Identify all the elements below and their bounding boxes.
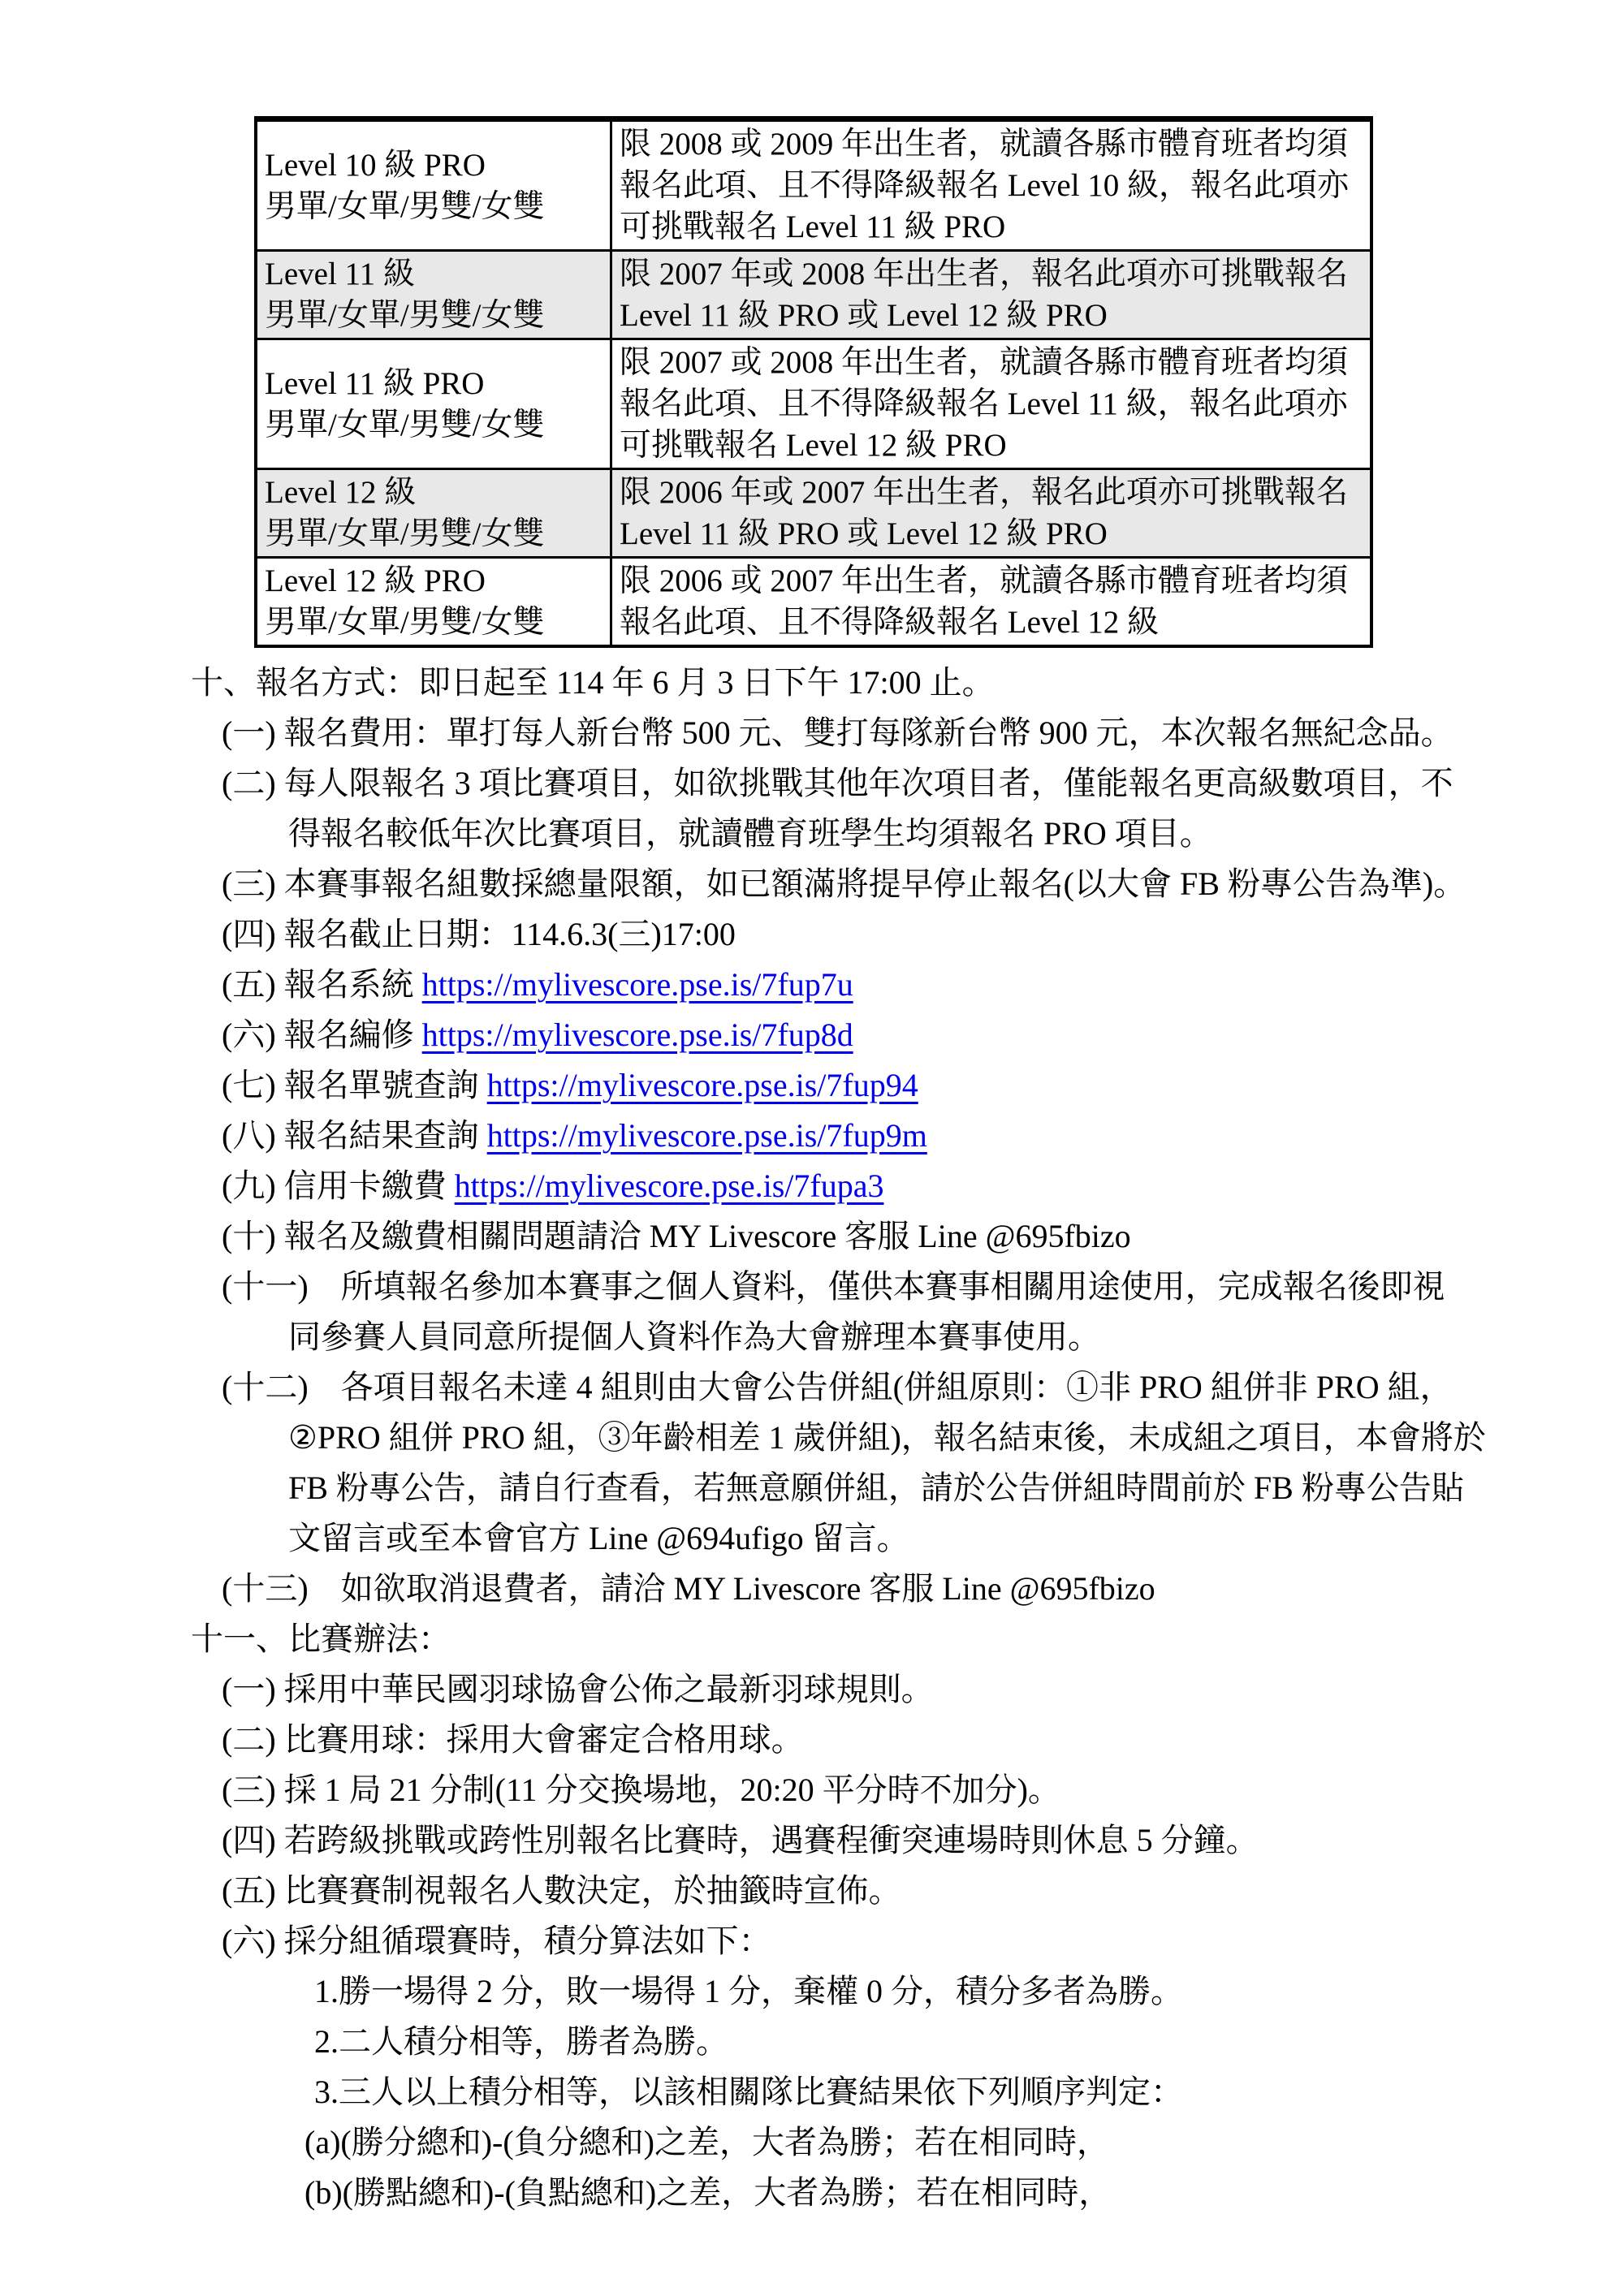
list-line-text: (二) 每人限報名 3 項比賽項目，如欲挑戰其他年次項目者，僅能報名更高級數項目… [222,765,1453,801]
list-line-text: FB 粉專公告，請自行查看，若無意願併組，請於公告併組時間前於 FB 粉專公告貼 [288,1470,1464,1506]
list-line-text: (a)(勝分總和)-(負分總和)之差，大者為勝；若在相同時， [304,2124,1109,2160]
list-line-text: 得報名較低年次比賽項目，就讀體育班學生均須報名 PRO 項目。 [288,815,1212,852]
category-line: Level 10 級 PRO [265,145,605,186]
list-line: (七) 報名單號查詢 https://mylivescore.pse.is/7f… [222,1060,1624,1111]
list-line-text: 3.三人以上積分相等，以該相關隊比賽結果依下列順序判定： [314,2074,1183,2110]
category-cell-wrap: Level 12 級男單/女單/男雙/女雙 [265,472,605,555]
table-row: Level 11 級男單/女單/男雙/女雙限 2007 年或 2008 年出生者… [256,251,1371,339]
list-line: (a)(勝分總和)-(負分總和)之差，大者為勝；若在相同時， [304,2117,1624,2168]
description-line: 可挑戰報名 Level 12 級 PRO [620,425,1365,466]
description-cell: 限 2008 或 2009 年出生者，就讀各縣市體育班者均須報名此項、且不得降級… [611,119,1372,251]
list-line: (二) 每人限報名 3 項比賽項目，如欲挑戰其他年次項目者，僅能報名更高級數項目… [222,758,1624,809]
description-line: 報名此項、且不得降級報名 Level 11 級，報名此項亦 [620,383,1365,425]
list-line-text: (十二) 各項目報名未達 4 組則由大會公告併組(併組原則：①非 PRO 組併非… [222,1369,1453,1405]
list-line-text: (九) 信用卡繳費 [222,1167,455,1204]
list-line-text: (b)(勝點總和)-(負點總和)之差，大者為勝；若在相同時， [304,2174,1111,2211]
list-line-text: ②PRO 組併 PRO 組，③年齡相差 1 歲併組)，報名結束後，未成組之項目，… [288,1419,1486,1456]
category-cell-wrap: Level 10 級 PRO男單/女單/男雙/女雙 [265,145,605,227]
category-line: 男單/女單/男雙/女雙 [265,295,605,336]
list-line: (十) 報名及繳費相關問題請洽 MY Livescore 客服 Line @69… [222,1211,1624,1262]
list-line-text: (十) 報名及繳費相關問題請洽 MY Livescore 客服 Line @69… [222,1218,1131,1254]
category-cell: Level 12 級 PRO男單/女單/男雙/女雙 [256,558,611,647]
document-page: Level 10 級 PRO男單/女單/男雙/女雙限 2008 或 2009 年… [0,0,1624,2296]
list-line: (十二) 各項目報名未達 4 組則由大會公告併組(併組原則：①非 PRO 組併非… [222,1362,1624,1413]
list-line: (四) 報名截止日期：114.6.3(三)17:00 [222,909,1624,960]
list-line-text: (一) 採用中華民國羽球協會公佈之最新羽球規則。 [222,1671,934,1707]
list-line: (十三) 如欲取消退費者，請洽 MY Livescore 客服 Line @69… [222,1564,1624,1614]
list-line-text: (五) 報名系統 [222,966,422,1003]
description-line: 限 2008 或 2009 年出生者，就讀各縣市體育班者均須 [620,123,1365,165]
list-line-text: (四) 報名截止日期：114.6.3(三)17:00 [222,916,736,952]
description-line: 限 2006 或 2007 年出生者，就讀各縣市體育班者均須 [620,560,1365,602]
category-cell-wrap: Level 11 級 PRO男單/女單/男雙/女雙 [265,363,605,446]
category-cell-wrap: Level 11 級男單/女單/男雙/女雙 [265,253,605,336]
registration-link[interactable]: https://mylivescore.pse.is/7fupa3 [455,1167,884,1204]
description-line: 報名此項、且不得降級報名 Level 12 級 [620,602,1365,643]
list-line: (六) 採分組循環賽時，積分算法如下： [222,1916,1624,1966]
description-cell: 限 2006 或 2007 年出生者，就讀各縣市體育班者均須報名此項、且不得降級… [611,558,1372,647]
category-cell: Level 11 級男單/女單/男雙/女雙 [256,251,611,339]
table-row: Level 11 級 PRO男單/女單/男雙/女雙限 2007 或 2008 年… [256,339,1371,469]
list-line-text: (十一) 所填報名參加本賽事之個人資料，僅供本賽事相關用途使用，完成報名後即視 [222,1268,1445,1305]
list-line: (九) 信用卡繳費 https://mylivescore.pse.is/7fu… [222,1161,1624,1211]
table-row: Level 12 級 PRO男單/女單/男雙/女雙限 2006 或 2007 年… [256,558,1371,647]
document-body: 十、報名方式：即日起至 114 年 6 月 3 日下午 17:00 止。(一) … [191,658,1624,2218]
list-line: (三) 本賽事報名組數採總量限額，如已額滿將提早停止報名(以大會 FB 粉專公告… [222,859,1624,909]
list-line: (一) 報名費用：單打每人新台幣 500 元、雙打每隊新台幣 900 元，本次報… [222,708,1624,758]
category-cell-wrap: Level 12 級 PRO男單/女單/男雙/女雙 [265,560,605,643]
description-line: Level 11 級 PRO 或 Level 12 級 PRO [620,513,1365,555]
list-line: (五) 報名系統 https://mylivescore.pse.is/7fup… [222,960,1624,1010]
list-line-text: (三) 採 1 局 21 分制(11 分交換場地，20:20 平分時不加分)。 [222,1772,1060,1808]
description-line: Level 11 級 PRO 或 Level 12 級 PRO [620,295,1365,336]
list-line-text: (六) 報名編修 [222,1016,422,1053]
list-line: ②PRO 組併 PRO 組，③年齡相差 1 歲併組)，報名結束後，未成組之項目，… [288,1413,1624,1463]
description-cell: 限 2006 年或 2007 年出生者，報名此項亦可挑戰報名Level 11 級… [611,469,1372,558]
list-line: (一) 採用中華民國羽球協會公佈之最新羽球規則。 [222,1664,1624,1715]
list-line-text: 2.二人積分相等，勝者為勝。 [314,2023,728,2060]
category-cell: Level 10 級 PRO男單/女單/男雙/女雙 [256,119,611,251]
list-line-text: 文留言或至本會官方 Line @694ufigo 留言。 [288,1520,909,1556]
list-line-text: 1.勝一場得 2 分，敗一場得 1 分，棄權 0 分，積分多者為勝。 [314,1973,1183,2009]
list-line-text: (六) 採分組循環賽時，積分算法如下： [222,1923,771,1959]
list-line: 十、報名方式：即日起至 114 年 6 月 3 日下午 17:00 止。 [191,658,1624,708]
registration-link[interactable]: https://mylivescore.pse.is/7fup94 [487,1067,918,1103]
list-line: (八) 報名結果查詢 https://mylivescore.pse.is/7f… [222,1111,1624,1161]
list-line: 十一、比賽辦法： [191,1614,1624,1664]
list-line: 得報名較低年次比賽項目，就讀體育班學生均須報名 PRO 項目。 [288,809,1624,859]
list-line: FB 粉專公告，請自行查看，若無意願併組，請於公告併組時間前於 FB 粉專公告貼 [288,1463,1624,1513]
list-line-text: (一) 報名費用：單打每人新台幣 500 元、雙打每隊新台幣 900 元，本次報… [222,714,1453,751]
category-cell: Level 11 級 PRO男單/女單/男雙/女雙 [256,339,611,469]
eligibility-table: Level 10 級 PRO男單/女單/男雙/女雙限 2008 或 2009 年… [254,116,1373,648]
list-line: (十一) 所填報名參加本賽事之個人資料，僅供本賽事相關用途使用，完成報名後即視 [222,1262,1624,1312]
list-line: (五) 比賽賽制視報名人數決定，於抽籤時宣佈。 [222,1866,1624,1916]
document-content: Level 10 級 PRO男單/女單/男雙/女雙限 2008 或 2009 年… [191,116,1624,2218]
list-line: (四) 若跨級挑戰或跨性別報名比賽時，遇賽程衝突連場時則休息 5 分鐘。 [222,1815,1624,1866]
description-line: 限 2007 或 2008 年出生者，就讀各縣市體育班者均須 [620,342,1365,383]
list-line-text: (七) 報名單號查詢 [222,1067,487,1103]
list-line-text: (八) 報名結果查詢 [222,1117,487,1154]
table-row: Level 10 級 PRO男單/女單/男雙/女雙限 2008 或 2009 年… [256,119,1371,251]
list-line-text: (五) 比賽賽制視報名人數決定，於抽籤時宣佈。 [222,1872,901,1909]
description-line: 報名此項、且不得降級報名 Level 10 級，報名此項亦 [620,165,1365,206]
category-line: 男單/女單/男雙/女雙 [265,186,605,227]
category-line: 男單/女單/男雙/女雙 [265,513,605,555]
category-line: Level 11 級 [265,253,605,295]
list-line: (二) 比賽用球：採用大會審定合格用球。 [222,1715,1624,1765]
category-cell: Level 12 級男單/女單/男雙/女雙 [256,469,611,558]
list-line-text: (四) 若跨級挑戰或跨性別報名比賽時，遇賽程衝突連場時則休息 5 分鐘。 [222,1822,1259,1858]
list-line: 3.三人以上積分相等，以該相關隊比賽結果依下列順序判定： [314,2067,1624,2117]
list-line: 同參賽人員同意所提個人資料作為大會辦理本賽事使用。 [288,1312,1624,1362]
list-line-text: 同參賽人員同意所提個人資料作為大會辦理本賽事使用。 [288,1318,1100,1355]
list-line-text: (十三) 如欲取消退費者，請洽 MY Livescore 客服 Line @69… [222,1570,1155,1607]
eligibility-table-body: Level 10 級 PRO男單/女單/男雙/女雙限 2008 或 2009 年… [256,119,1371,647]
description-line: 限 2006 年或 2007 年出生者，報名此項亦可挑戰報名 [620,472,1365,513]
list-line-text: (二) 比賽用球：採用大會審定合格用球。 [222,1721,804,1758]
list-line: (六) 報名編修 https://mylivescore.pse.is/7fup… [222,1010,1624,1060]
category-line: 男單/女單/男雙/女雙 [265,602,605,643]
list-line-text: 十一、比賽辦法： [191,1621,451,1657]
list-line: 1.勝一場得 2 分，敗一場得 1 分，棄權 0 分，積分多者為勝。 [314,1966,1624,2017]
description-line: 可挑戰報名 Level 11 級 PRO [620,206,1365,248]
category-line: Level 12 級 PRO [265,560,605,602]
list-line: 2.二人積分相等，勝者為勝。 [314,2017,1624,2067]
table-row: Level 12 級男單/女單/男雙/女雙限 2006 年或 2007 年出生者… [256,469,1371,558]
list-line-text: 十、報名方式：即日起至 114 年 6 月 3 日下午 17:00 止。 [191,664,995,701]
category-line: 男單/女單/男雙/女雙 [265,404,605,446]
list-line-text: (三) 本賽事報名組數採總量限額，如已額滿將提早停止報名(以大會 FB 粉專公告… [222,865,1466,902]
description-line: 限 2007 年或 2008 年出生者，報名此項亦可挑戰報名 [620,253,1365,295]
registration-link[interactable]: https://mylivescore.pse.is/7fup7u [422,966,853,1003]
registration-link[interactable]: https://mylivescore.pse.is/7fup9m [487,1117,927,1154]
description-cell: 限 2007 年或 2008 年出生者，報名此項亦可挑戰報名Level 11 級… [611,251,1372,339]
list-line: 文留言或至本會官方 Line @694ufigo 留言。 [288,1513,1624,1564]
category-line: Level 12 級 [265,472,605,513]
description-cell: 限 2007 或 2008 年出生者，就讀各縣市體育班者均須報名此項、且不得降級… [611,339,1372,469]
category-line: Level 11 級 PRO [265,363,605,404]
list-line: (三) 採 1 局 21 分制(11 分交換場地，20:20 平分時不加分)。 [222,1765,1624,1815]
registration-link[interactable]: https://mylivescore.pse.is/7fup8d [422,1016,853,1053]
list-line: (b)(勝點總和)-(負點總和)之差，大者為勝；若在相同時， [304,2168,1624,2218]
